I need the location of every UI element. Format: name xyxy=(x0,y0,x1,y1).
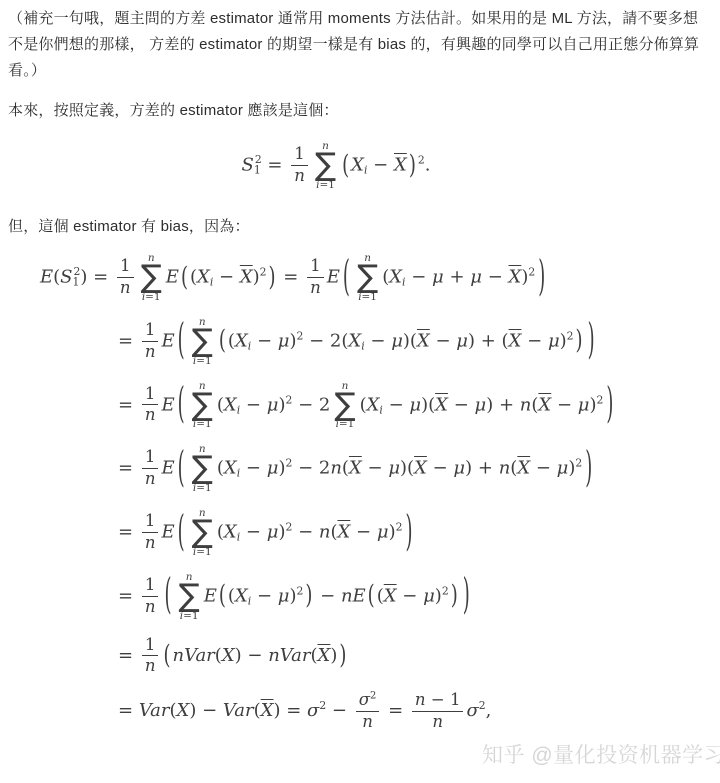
variance-estimator-formula: S12 = 1nn∑i=1(Xi − X)2. xyxy=(8,140,664,200)
article-page: （補充一句哦，題主問的方差 estimator 通常用 moments 方法估計… xyxy=(0,0,720,783)
intro-paragraph: 本來，按照定義，方差的 estimator 應該是這個： xyxy=(8,98,712,124)
note-paragraph: （補充一句哦，題主問的方差 estimator 通常用 moments 方法估計… xyxy=(8,6,712,84)
watermark: 知乎 @量化投资机器学习 xyxy=(482,739,720,769)
derivation-line-7: = 1n(nVar(X) − nVar(X)) xyxy=(40,635,712,677)
derivation-line-2: = 1nE(n∑i=1((Xi − μ)2 − 2(Xi − μ)(X − μ)… xyxy=(40,316,712,367)
derivation-line-6: = 1n(n∑i=1E((Xi − μ)2) − nE((X − μ)2)) xyxy=(40,571,712,622)
derivation-line-4: = 1nE(n∑i=1(Xi − μ)2 − 2n(X − μ)(X − μ) … xyxy=(40,443,712,494)
derivation-line-1: E(S12) = 1nn∑i=1E((Xi − X)2) = 1nE(n∑i=1… xyxy=(40,252,712,303)
derivation-line-8: = Var(X) − Var(X) = σ2 − σ2n = n − 1nσ2, xyxy=(40,690,712,732)
bias-paragraph: 但，這個 estimator 有 bias，因為： xyxy=(8,214,712,240)
derivation-block: E(S12) = 1nn∑i=1E((Xi − X)2) = 1nE(n∑i=1… xyxy=(8,252,712,732)
derivation-line-5: = 1nE(n∑i=1(Xi − μ)2 − n(X − μ)2) xyxy=(40,507,712,558)
derivation-line-3: = 1nE(n∑i=1(Xi − μ)2 − 2n∑i=1(Xi − μ)(X … xyxy=(40,380,712,431)
